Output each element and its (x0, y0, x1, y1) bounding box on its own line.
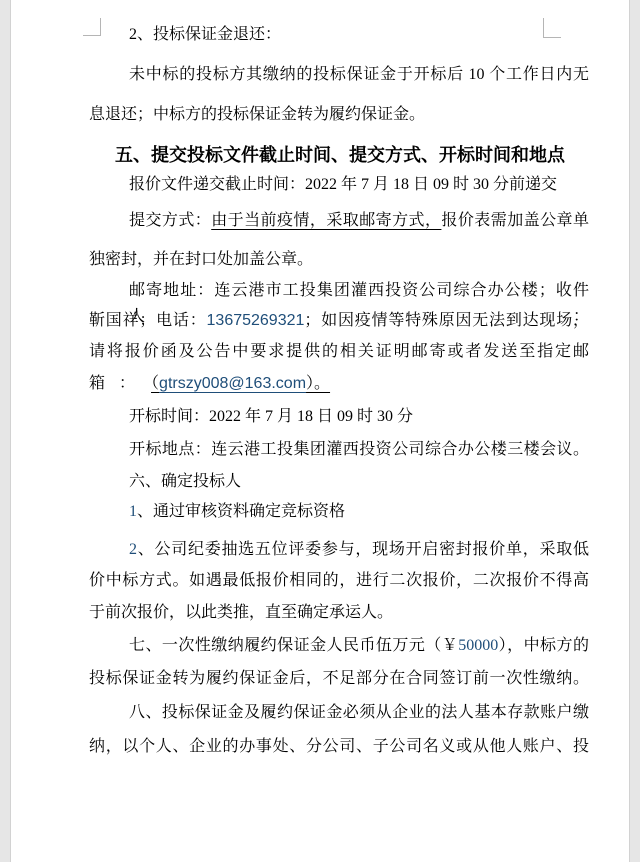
qualification-item-line: 1、通过审核资料确定竞标资格 (129, 499, 589, 525)
evaluation-item-number: 2 (129, 541, 137, 558)
email-close-paren: ）。 (306, 375, 330, 392)
email-instruction-line: 请将报价函及公告中要求提供的相关证明邮寄或者发送至指定邮 (89, 339, 589, 365)
submission-method-line-1: 提交方式：由于当前疫情，采取邮寄方式，报价表需加盖公章单 (129, 208, 589, 234)
bid-deposit-refund-title: 2、投标保证金退还： (129, 22, 589, 48)
text-boundary-mark-top-left (83, 18, 101, 36)
payment-account-line-1: 八、投标保证金及履约保证金必须从企业的法人基本存款账户缴 (129, 700, 589, 726)
payment-account-line-2: 纳，以个人、企业的办事处、分公司、子公司名义或从他人账户、投 (89, 734, 589, 760)
phone-line-rest: ；如因疫情等特殊原因无法到达现场， (304, 312, 589, 329)
submission-method-line-2: 独密封，并在封口处加盖公章。 (89, 247, 589, 273)
bid-deposit-refund-line-1: 未中标的投标方其缴纳的投标保证金于开标后 10 个工作日内无 (129, 62, 589, 88)
bond-amount: 50000 (458, 637, 498, 654)
qualification-item-text: 、通过审核资料确定竞标资格 (137, 503, 345, 520)
bid-opening-place-line: 开标地点：连云港工投集团灌西投资公司综合办公楼三楼会议。 (129, 437, 589, 463)
evaluation-item-line-3: 于前次报价，以此类推，直至确定承运人。 (89, 600, 589, 626)
submission-method-label: 提交方式： (129, 212, 211, 229)
email-line-colon: ： (119, 375, 135, 392)
recipient-label: 靳国祥；电话： (89, 312, 207, 329)
document-page: 2、投标保证金退还： 未中标的投标方其缴纳的投标保证金于开标后 10 个工作日内… (10, 0, 630, 862)
section-5-heading: 五、提交投标文件截止时间、提交方式、开标时间和地点 (115, 142, 589, 168)
qualification-item-number: 1 (129, 503, 137, 520)
performance-bond-text-c: ），中标方的 (498, 637, 589, 654)
bid-deposit-refund-line-2: 息退还；中标方的投标保证金转为履约保证金。 (89, 102, 589, 128)
performance-bond-line-2: 投标保证金转为履约保证金后，不足部分在合同签订前一次性缴纳。 (89, 666, 589, 692)
mailing-address-line: 邮寄地址：连云港市工投集团灌西投资公司综合办公楼；收件人： (129, 278, 589, 304)
evaluation-item-line-2: 价中标方式。如遇最低报价相同的，进行二次报价，二次报价不得高 (89, 568, 589, 594)
recipient-phone-line: 靳国祥；电话：13675269321；如因疫情等特殊原因无法到达现场， (89, 308, 589, 334)
email-open-paren: （ (151, 375, 159, 392)
submission-method-rest: 报价表需加盖公章单 (441, 212, 589, 229)
submission-method-underlined-text: 由于当前疫情，采取邮寄方式， (211, 212, 441, 229)
email-line: 箱：（gtrszy008@163.com）。 (89, 371, 589, 397)
performance-bond-text-a: 七、一次性缴纳履约保证金人民币伍万元（￥ (129, 637, 458, 654)
performance-bond-line-1: 七、一次性缴纳履约保证金人民币伍万元（￥50000），中标方的 (129, 633, 589, 659)
email-line-box-char: 箱 (89, 375, 105, 392)
section-6-heading: 六、确定投标人 (129, 469, 589, 495)
submission-deadline-line: 报价文件递交截止时间：2022 年 7 月 18 日 09 时 30 分前递交 (129, 172, 589, 198)
evaluation-item-line-1: 2、公司纪委抽选五位评委参与，现场开启密封报价单，采取低 (129, 537, 589, 563)
evaluation-item-text: 、公司纪委抽选五位评委参与，现场开启密封报价单，采取低 (137, 541, 589, 558)
email-link[interactable]: gtrszy008@163.com (159, 375, 306, 392)
phone-number: 13675269321 (207, 312, 305, 329)
bid-opening-time-line: 开标时间：2022 年 7 月 18 日 09 时 30 分 (129, 404, 589, 430)
